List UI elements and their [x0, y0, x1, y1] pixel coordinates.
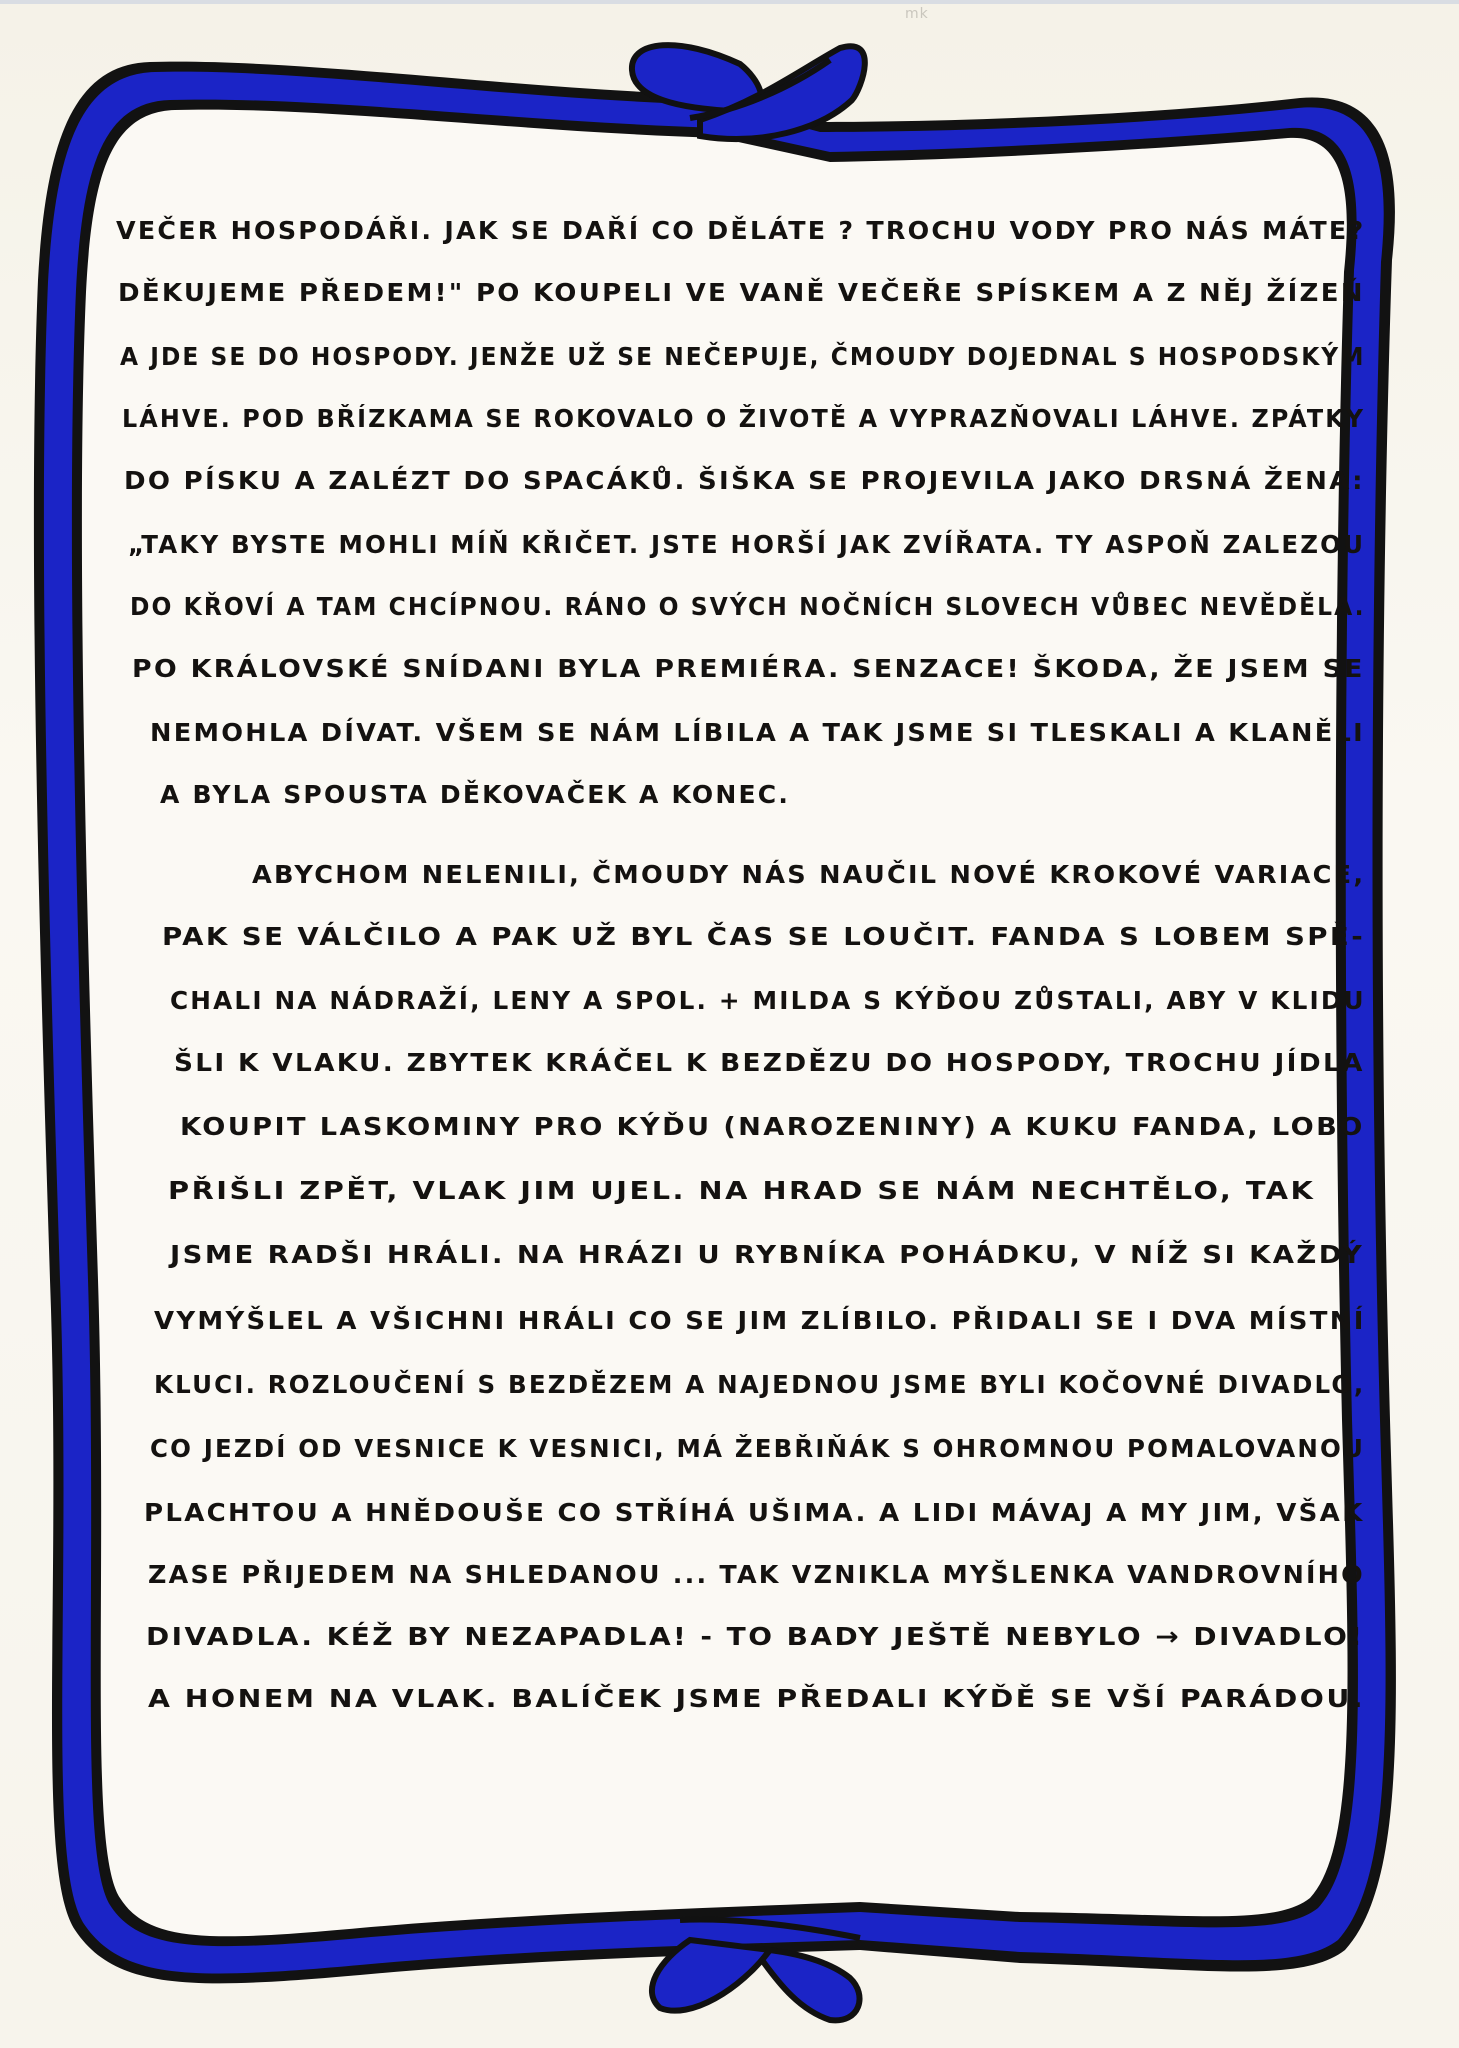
- text-line: DO KŘOVÍ A TAM CHCÍPNOU. RÁNO O SVÝCH NO…: [130, 592, 1366, 621]
- text-line: A BYLA SPOUSTA DĚKOVAČEK A KONEC.: [160, 780, 790, 809]
- text-line-paragraph-start: ABYCHOM NELENILI, ČMOUDY NÁS NAUČIL NOVÉ…: [252, 860, 1365, 889]
- text-line: DIVADLA. KÉŽ BY NEZAPADLA! - TO BADY JEŠ…: [146, 1622, 1365, 1651]
- text-line: CO JEZDÍ OD VESNICE K VESNICI, MÁ ŽEBŘIŇ…: [150, 1434, 1365, 1463]
- text-line: A JDE SE DO HOSPODY. JENŽE UŽ SE NEČEPUJ…: [120, 342, 1365, 371]
- text-line: PO KRÁLOVSKÉ SNÍDANI BYLA PREMIÉRA. SENZ…: [132, 654, 1365, 683]
- text-line: VYMÝŠLEL A VŠICHNI HRÁLI CO SE JIM ZLÍBI…: [154, 1306, 1366, 1335]
- text-line: KLUCI. ROZLOUČENÍ S BEZDĚZEM A NAJEDNOU …: [154, 1370, 1365, 1399]
- text-line: A HONEM NA VLAK. BALÍČEK JSME PŘEDALI KÝ…: [148, 1684, 1365, 1713]
- text-line: VEČER HOSPODÁŘI. JAK SE DAŘÍ CO DĚLÁTE ?…: [116, 216, 1365, 245]
- text-line: DO PÍSKU A ZALÉZT DO SPACÁKŮ. ŠIŠKA SE P…: [124, 466, 1365, 495]
- text-line: DĚKUJEME PŘEDEM!" PO KOUPELI VE VANĚ VEČ…: [118, 278, 1365, 307]
- text-line: KOUPIT LASKOMINY PRO KÝĎU (NAROZENINY) A…: [180, 1112, 1365, 1141]
- text-line: PAK SE VÁLČILO A PAK UŽ BYL ČAS SE LOUČI…: [162, 922, 1365, 951]
- decorative-frame: [0, 0, 1459, 2048]
- frame-interior: [82, 110, 1348, 1937]
- text-line: ŠLI K VLAKU. ZBYTEK KRÁČEL K BEZDĚZU DO …: [174, 1048, 1365, 1077]
- text-line: „TAKY BYSTE MOHLI MÍŇ KŘIČET. JSTE HORŠÍ…: [128, 530, 1365, 559]
- text-line: NEMOHLA DÍVAT. VŠEM SE NÁM LÍBILA A TAK …: [150, 718, 1365, 747]
- paper-page: mk VEČER HOSPODÁŘI. JAK SE DAŘÍ CO DĚLÁT…: [0, 0, 1459, 2048]
- text-line: ZASE PŘIJEDEM NA SHLEDANOU ... TAK VZNIK…: [148, 1560, 1365, 1589]
- text-line: CHALI NA NÁDRAŽÍ, LENY A SPOL. + MILDA S…: [170, 986, 1366, 1015]
- text-line: LÁHVE. POD BŘÍZKAMA SE ROKOVALO O ŽIVOTĚ…: [122, 404, 1365, 433]
- text-line: PŘIŠLI ZPĚT, VLAK JIM UJEL. NA HRAD SE N…: [168, 1176, 1315, 1205]
- text-line: JSME RADŠI HRÁLI. NA HRÁZI U RYBNÍKA POH…: [170, 1240, 1364, 1269]
- text-line: PLACHTOU A HNĚDOUŠE CO STŘÍHÁ UŠIMA. A L…: [144, 1498, 1365, 1527]
